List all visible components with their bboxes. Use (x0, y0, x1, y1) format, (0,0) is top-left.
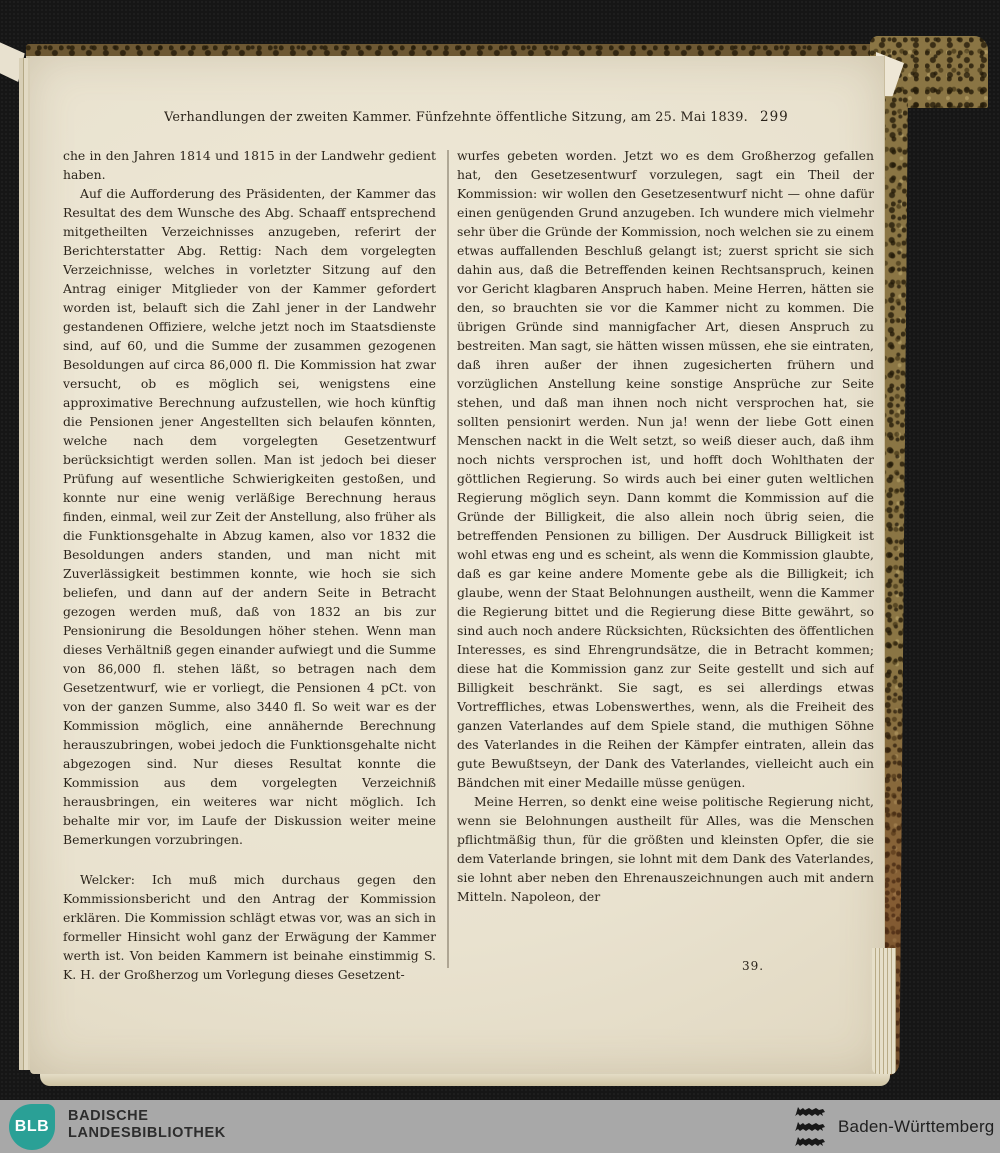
state-brand[interactable]: Baden-Württemberg (790, 1104, 994, 1150)
scanned-book-page: Verhandlungen der zweiten Kammer. Fünfze… (30, 56, 885, 1074)
left-text-column: che in den Jahren 1814 und 1815 in der L… (63, 146, 436, 986)
viewer-background: Verhandlungen der zweiten Kammer. Fünfze… (0, 0, 1000, 1153)
paragraph: Meine Herren, so denkt eine weise politi… (457, 792, 874, 906)
library-name-line2: LANDESBIBLIOTHEK (68, 1125, 226, 1142)
library-footer-bar: BLB BADISCHE LANDESBIBLIOTHEK Baden-Würt… (0, 1100, 1000, 1153)
library-name: BADISCHE LANDESBIBLIOTHEK (68, 1108, 226, 1142)
fore-edge-page-stack (872, 948, 896, 1074)
state-wordmark: Baden-Württemberg (838, 1117, 994, 1137)
page-number: 299 (760, 109, 789, 125)
blb-logo-text: BLB (15, 1118, 49, 1136)
paragraph: che in den Jahren 1814 und 1815 in der L… (63, 146, 436, 184)
right-text-column: wurfes gebeten worden. Jetzt wo es dem G… (457, 146, 874, 986)
running-header: Verhandlungen der zweiten Kammer. Fünfze… (65, 110, 847, 125)
column-divider-rule (447, 150, 449, 968)
signature-mark: 39. (742, 959, 764, 973)
paragraph: Auf die Aufforderung des Präsidenten, de… (63, 184, 436, 849)
library-name-line1: BADISCHE (68, 1108, 226, 1125)
paragraph: Welcker: Ich muß mich durchaus gegen den… (63, 870, 436, 984)
paragraph: wurfes gebeten worden. Jetzt wo es dem G… (457, 146, 874, 792)
three-lions-emblem-icon (790, 1104, 830, 1150)
blb-logo-icon[interactable]: BLB (9, 1104, 55, 1150)
